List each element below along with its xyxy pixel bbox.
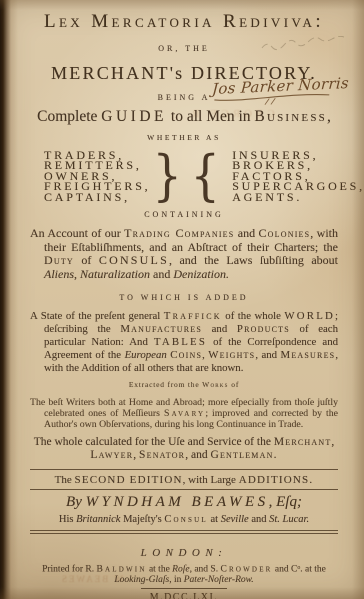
- paragraph-writers: The beſt Writers both at Home and Abroad…: [30, 397, 338, 430]
- london-label: LONDON:: [30, 548, 338, 559]
- roles-left-column: TRADERS, REMITTERS, OWNERS, FREIGHTERS, …: [44, 150, 150, 203]
- extracted-from-label: Extracted from the Works of: [30, 381, 338, 389]
- pencil-inscription: [260, 36, 352, 54]
- horizontal-rule-1: [30, 469, 338, 470]
- book-title-page: GEORGE R W BEAWES Lex Mercatoria Rediviv…: [0, 0, 364, 599]
- role-item: AGENTS.: [232, 192, 364, 203]
- closing-brace-icon: }: [153, 149, 182, 203]
- paragraph-traffick: A State of the preſent general Traffick …: [30, 310, 338, 375]
- opening-brace-icon: {: [190, 149, 219, 203]
- book-title-main: Lex Mercatoria Rediviva:: [30, 12, 338, 32]
- role-item: CAPTAINS,: [44, 192, 150, 203]
- horizontal-rule-2: [30, 489, 338, 490]
- paragraph-account: An Account of our Trading Companies and …: [30, 227, 338, 281]
- brace-pair: } {: [150, 149, 222, 203]
- roles-right-column: INSURERS, BROKERS, FACTORS, SUPERCARGOES…: [232, 150, 364, 203]
- to-which-is-added-label: TO WHICH IS ADDED: [30, 294, 338, 302]
- double-rule-bottom: [30, 533, 338, 534]
- edition-line: The SECOND EDITION, with Large ADDITIONS…: [30, 475, 338, 486]
- imprint-line: Printed for R. Baldwin at the Roſe, and …: [30, 563, 338, 586]
- consul-line: His Britannick Majeſty's Consul at Sevil…: [30, 514, 338, 525]
- paragraph-calculated: The whole calculated for the Uſe and Ser…: [30, 436, 338, 462]
- roles-list: TRADERS, REMITTERS, OWNERS, FREIGHTERS, …: [30, 149, 338, 203]
- publication-date: M.DCC.LXI.: [30, 592, 338, 599]
- double-rule-top: [30, 530, 338, 531]
- containing-label: CONTAINING: [30, 211, 338, 219]
- whether-as-label: WHETHER AS: [30, 134, 338, 142]
- author-byline: By WYNDHAM BEAWES, Eſq;: [30, 495, 338, 510]
- subtitle-guide: Complete GUIDE to all Men in Business,: [30, 108, 338, 126]
- short-rule: [141, 588, 227, 589]
